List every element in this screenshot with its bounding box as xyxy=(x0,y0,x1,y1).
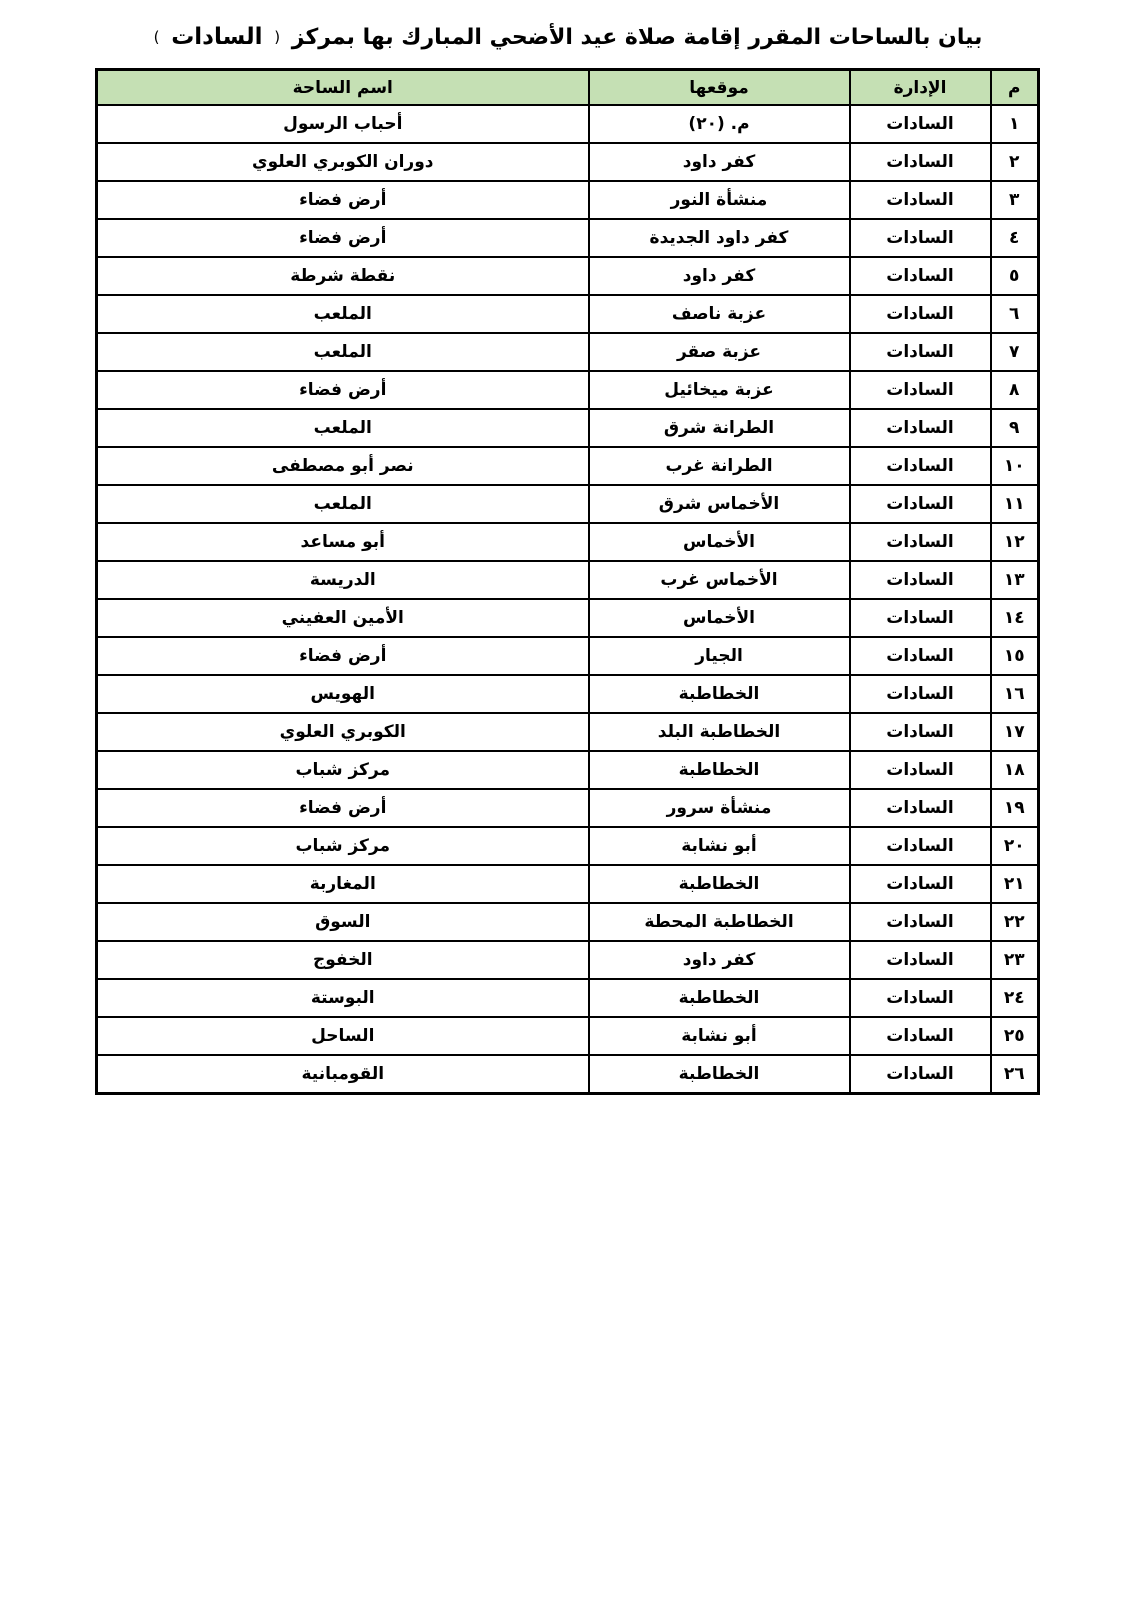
table-row: ٢١الساداتالخطاطبةالمغاربة xyxy=(97,865,1039,903)
cell-admin: السادات xyxy=(850,599,991,637)
table-row: ١٣الساداتالأخماس غربالدريسة xyxy=(97,561,1039,599)
cell-num: ٧ xyxy=(991,333,1039,371)
cell-num: ٢ xyxy=(991,143,1039,181)
cell-admin: السادات xyxy=(850,409,991,447)
cell-name: أرض فضاء xyxy=(97,789,589,827)
table-row: ١٧الساداتالخطاطبة البلدالكوبري العلوي xyxy=(97,713,1039,751)
cell-name: المغاربة xyxy=(97,865,589,903)
cell-num: ١٣ xyxy=(991,561,1039,599)
cell-admin: السادات xyxy=(850,447,991,485)
cell-num: ٢٠ xyxy=(991,827,1039,865)
cell-num: ٢٣ xyxy=(991,941,1039,979)
cell-num: ١٤ xyxy=(991,599,1039,637)
cell-admin: السادات xyxy=(850,371,991,409)
table-row: ٦الساداتعزبة ناصفالملعب xyxy=(97,295,1039,333)
cell-name: الكوبري العلوي xyxy=(97,713,589,751)
cell-admin: السادات xyxy=(850,1055,991,1094)
cell-admin: السادات xyxy=(850,523,991,561)
table-row: ٢٢الساداتالخطاطبة المحطةالسوق xyxy=(97,903,1039,941)
title-paren-close: ) xyxy=(154,28,160,46)
cell-name: الدريسة xyxy=(97,561,589,599)
cell-admin: السادات xyxy=(850,181,991,219)
cell-admin: السادات xyxy=(850,637,991,675)
cell-name: أرض فضاء xyxy=(97,371,589,409)
cell-admin: السادات xyxy=(850,561,991,599)
cell-admin: السادات xyxy=(850,903,991,941)
table-header-row: م الإدارة موقعها اسم الساحة xyxy=(97,70,1039,106)
cell-num: ٢٥ xyxy=(991,1017,1039,1055)
cell-num: ٢٦ xyxy=(991,1055,1039,1094)
table-row: ١٠الساداتالطرانة غربنصر أبو مصطفى xyxy=(97,447,1039,485)
cell-location: الأخماس xyxy=(589,523,850,561)
cell-location: عزبة ناصف xyxy=(589,295,850,333)
cell-num: ١٨ xyxy=(991,751,1039,789)
cell-name: السوق xyxy=(97,903,589,941)
table-row: ٢٣الساداتكفر داودالخفوج xyxy=(97,941,1039,979)
cell-admin: السادات xyxy=(850,713,991,751)
header-cell-num: م xyxy=(991,70,1039,106)
header-cell-location: موقعها xyxy=(589,70,850,106)
table-row: ١١الساداتالأخماس شرقالملعب xyxy=(97,485,1039,523)
cell-num: ٣ xyxy=(991,181,1039,219)
table-row: ٢٠الساداتأبو نشابةمركز شباب xyxy=(97,827,1039,865)
cell-name: الملعب xyxy=(97,333,589,371)
cell-location: الخطاطبة xyxy=(589,865,850,903)
cell-location: م. (٢٠) xyxy=(589,105,850,143)
cell-location: الخطاطبة xyxy=(589,751,850,789)
cell-location: الخطاطبة xyxy=(589,979,850,1017)
table-row: ١٨الساداتالخطاطبةمركز شباب xyxy=(97,751,1039,789)
cell-name: الخفوج xyxy=(97,941,589,979)
cell-num: ١٥ xyxy=(991,637,1039,675)
table-row: ٨الساداتعزبة ميخائيلأرض فضاء xyxy=(97,371,1039,409)
cell-location: منشأة سرور xyxy=(589,789,850,827)
cell-name: نصر أبو مصطفى xyxy=(97,447,589,485)
cell-location: الخطاطبة xyxy=(589,675,850,713)
cell-admin: السادات xyxy=(850,333,991,371)
header-cell-name: اسم الساحة xyxy=(97,70,589,106)
cell-name: الساحل xyxy=(97,1017,589,1055)
cell-num: ١٦ xyxy=(991,675,1039,713)
cell-location: الطرانة غرب xyxy=(589,447,850,485)
cell-location: الخطاطبة xyxy=(589,1055,850,1094)
cell-name: البوستة xyxy=(97,979,589,1017)
cell-num: ١٢ xyxy=(991,523,1039,561)
cell-name: دوران الكوبري العلوي xyxy=(97,143,589,181)
cell-num: ٦ xyxy=(991,295,1039,333)
cell-num: ١١ xyxy=(991,485,1039,523)
cell-name: أرض فضاء xyxy=(97,219,589,257)
table-row: ٤الساداتكفر داود الجديدةأرض فضاء xyxy=(97,219,1039,257)
cell-num: ١٩ xyxy=(991,789,1039,827)
table-row: ١٥الساداتالجيارأرض فضاء xyxy=(97,637,1039,675)
cell-location: الخطاطبة البلد xyxy=(589,713,850,751)
cell-admin: السادات xyxy=(850,257,991,295)
cell-name: مركز شباب xyxy=(97,827,589,865)
cell-name: أبو مساعد xyxy=(97,523,589,561)
cell-admin: السادات xyxy=(850,827,991,865)
cell-admin: السادات xyxy=(850,485,991,523)
cell-num: ١ xyxy=(991,105,1039,143)
cell-name: الملعب xyxy=(97,409,589,447)
page-title-text: بيان بالساحات المقرر إقامة صلاة عيد الأض… xyxy=(292,25,983,50)
cell-location: الأخماس xyxy=(589,599,850,637)
cell-location: كفر داود xyxy=(589,257,850,295)
cell-admin: السادات xyxy=(850,675,991,713)
table-row: ٢٥الساداتأبو نشابةالساحل xyxy=(97,1017,1039,1055)
cell-num: ٥ xyxy=(991,257,1039,295)
title-paren-open: ( xyxy=(274,28,280,46)
cell-location: الأخماس شرق xyxy=(589,485,850,523)
table-body: ١الساداتم. (٢٠)أحباب الرسول٢الساداتكفر د… xyxy=(97,105,1039,1094)
cell-admin: السادات xyxy=(850,979,991,1017)
header-cell-admin: الإدارة xyxy=(850,70,991,106)
table-row: ١٤الساداتالأخماسالأمين العفيني xyxy=(97,599,1039,637)
cell-num: ٢١ xyxy=(991,865,1039,903)
cell-location: الجيار xyxy=(589,637,850,675)
cell-name: أحباب الرسول xyxy=(97,105,589,143)
cell-location: منشأة النور xyxy=(589,181,850,219)
cell-location: كفر داود xyxy=(589,941,850,979)
cell-admin: السادات xyxy=(850,105,991,143)
cell-name: أرض فضاء xyxy=(97,637,589,675)
prayer-areas-table: م الإدارة موقعها اسم الساحة ١الساداتم. (… xyxy=(95,68,1040,1095)
table-row: ٢٤الساداتالخطاطبةالبوستة xyxy=(97,979,1039,1017)
cell-num: ١٠ xyxy=(991,447,1039,485)
cell-location: الأخماس غرب xyxy=(589,561,850,599)
cell-name: الهويس xyxy=(97,675,589,713)
cell-name: مركز شباب xyxy=(97,751,589,789)
cell-admin: السادات xyxy=(850,751,991,789)
title-center-name: السادات xyxy=(171,24,262,50)
cell-admin: السادات xyxy=(850,941,991,979)
cell-location: الخطاطبة المحطة xyxy=(589,903,850,941)
cell-name: نقطة شرطة xyxy=(97,257,589,295)
table-row: ١الساداتم. (٢٠)أحباب الرسول xyxy=(97,105,1039,143)
cell-name: الأمين العفيني xyxy=(97,599,589,637)
cell-admin: السادات xyxy=(850,143,991,181)
cell-location: كفر داود xyxy=(589,143,850,181)
cell-location: أبو نشابة xyxy=(589,827,850,865)
cell-name: الملعب xyxy=(97,295,589,333)
cell-admin: السادات xyxy=(850,1017,991,1055)
cell-num: ٤ xyxy=(991,219,1039,257)
cell-location: عزبة صقر xyxy=(589,333,850,371)
table-row: ١٦الساداتالخطاطبةالهويس xyxy=(97,675,1039,713)
table-row: ٩الساداتالطرانة شرقالملعب xyxy=(97,409,1039,447)
cell-location: الطرانة شرق xyxy=(589,409,850,447)
cell-location: كفر داود الجديدة xyxy=(589,219,850,257)
cell-name: القومبانية xyxy=(97,1055,589,1094)
cell-name: الملعب xyxy=(97,485,589,523)
table-row: ١٢الساداتالأخماسأبو مساعد xyxy=(97,523,1039,561)
cell-admin: السادات xyxy=(850,219,991,257)
cell-num: ٢٢ xyxy=(991,903,1039,941)
table-row: ١٩الساداتمنشأة سرورأرض فضاء xyxy=(97,789,1039,827)
cell-num: ٩ xyxy=(991,409,1039,447)
cell-location: أبو نشابة xyxy=(589,1017,850,1055)
cell-num: ١٧ xyxy=(991,713,1039,751)
page-title: بيان بالساحات المقرر إقامة صلاة عيد الأض… xyxy=(95,24,1037,50)
table-row: ٥الساداتكفر داودنقطة شرطة xyxy=(97,257,1039,295)
table-row: ٢الساداتكفر داوددوران الكوبري العلوي xyxy=(97,143,1039,181)
cell-num: ٢٤ xyxy=(991,979,1039,1017)
table-row: ٢٦الساداتالخطاطبةالقومبانية xyxy=(97,1055,1039,1094)
table-row: ٧الساداتعزبة صقرالملعب xyxy=(97,333,1039,371)
cell-admin: السادات xyxy=(850,295,991,333)
cell-location: عزبة ميخائيل xyxy=(589,371,850,409)
table-row: ٣الساداتمنشأة النورأرض فضاء xyxy=(97,181,1039,219)
cell-name: أرض فضاء xyxy=(97,181,589,219)
cell-admin: السادات xyxy=(850,789,991,827)
cell-num: ٨ xyxy=(991,371,1039,409)
cell-admin: السادات xyxy=(850,865,991,903)
document-page: بيان بالساحات المقرر إقامة صلاة عيد الأض… xyxy=(0,0,1131,1600)
